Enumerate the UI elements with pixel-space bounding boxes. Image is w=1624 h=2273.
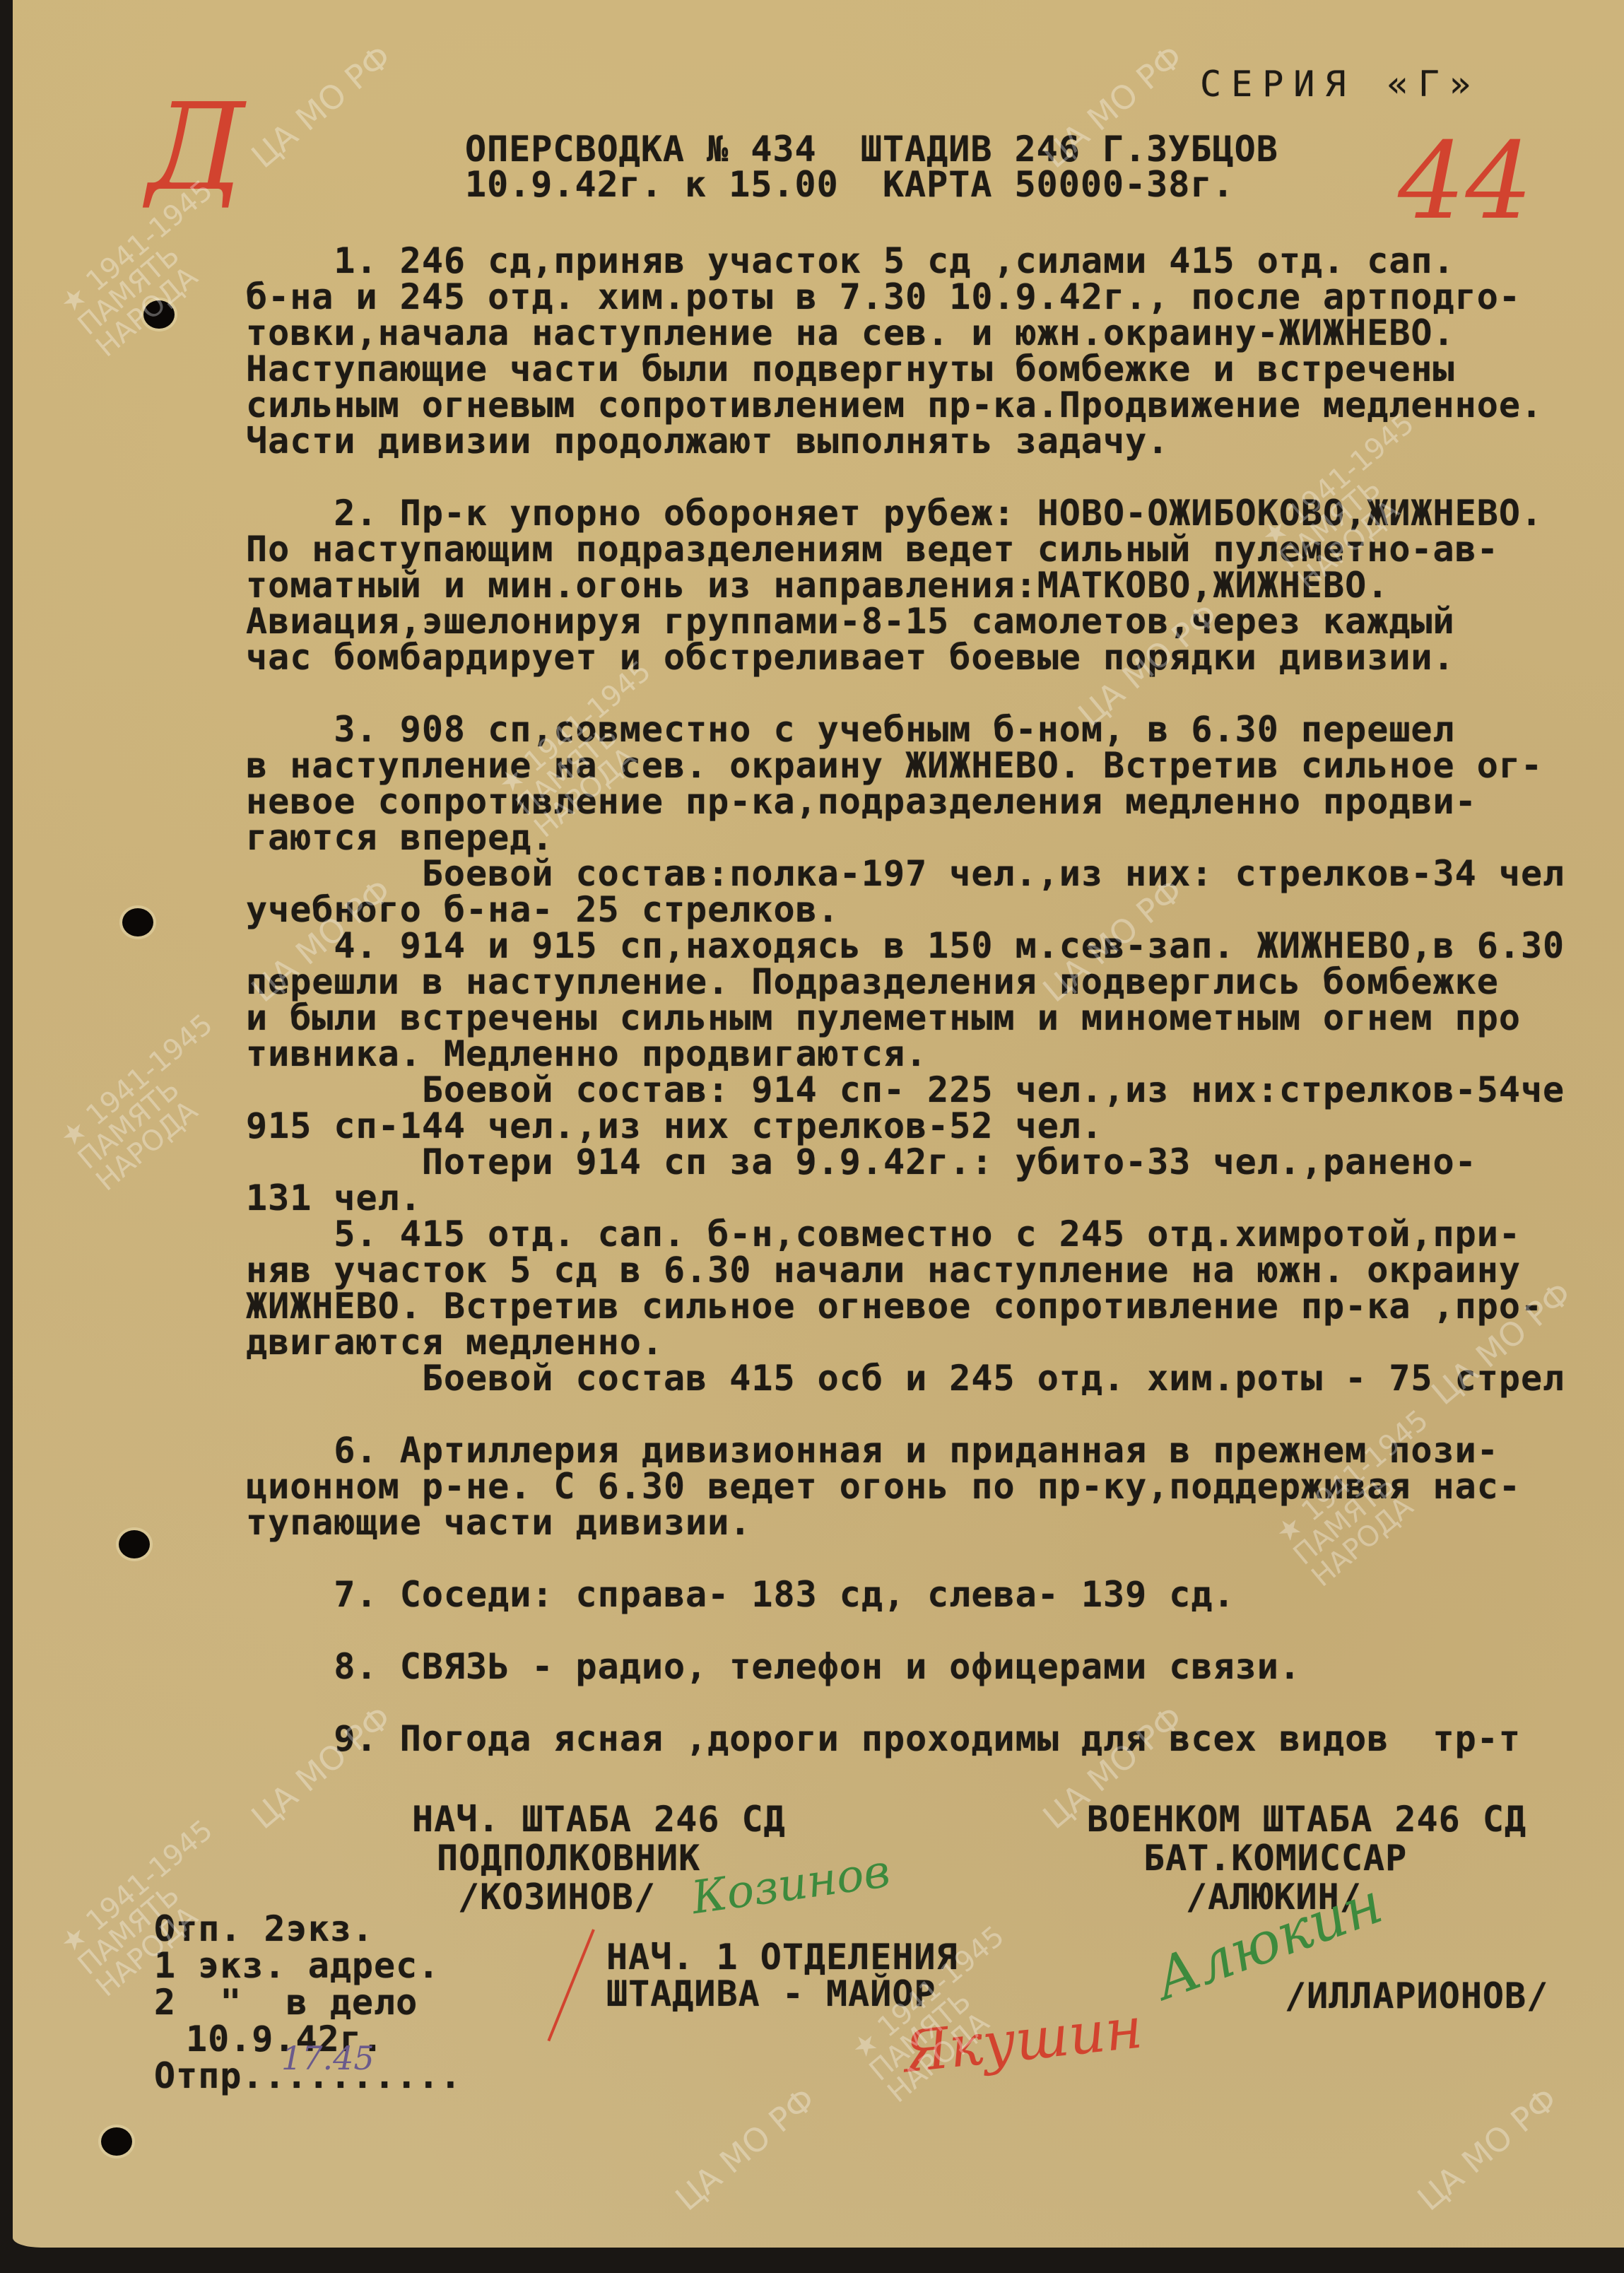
report-line: б-на и 245 отд. хим.роты в 7.30 10.9.42г…: [246, 276, 1624, 312]
report-line: [246, 1682, 1624, 1718]
report-line: [246, 673, 1624, 709]
report-line: гаются вперед.: [246, 817, 1624, 853]
center-signatory-title: НАЧ. 1 ОТДЕЛЕНИЯ: [606, 1937, 958, 1978]
report-line: томатный и мин.огонь из направления:МАТК…: [246, 565, 1624, 601]
report-line: няв участок 5 сд в 6.30 начали наступлен…: [246, 1250, 1624, 1286]
watermark-project: ★ 1941-1945 ПАМЯТЬ НАРОДА: [55, 1010, 254, 1196]
report-line: 131 чел.: [246, 1177, 1624, 1214]
report-date-line: 10.9.42г. к 15.00 КАРТА 50000-38г.: [465, 164, 1235, 205]
watermark-archive: ЦА МО РФ: [1412, 2082, 1563, 2216]
watermark-archive: ЦА МО РФ: [246, 40, 396, 173]
copy-2: 2 " в дело: [154, 1982, 418, 2023]
report-line: 7. Соседи: справа- 183 сд, слева- 139 сд…: [246, 1574, 1624, 1610]
series-label: СЕРИЯ «Г»: [1200, 64, 1481, 105]
left-signatory-title: НАЧ. ШТАБА 246 СД: [412, 1799, 786, 1840]
report-line: невое сопротивление пр-ка,подразделения …: [246, 781, 1624, 817]
report-line: и были встречены сильным пулеметным и ми…: [246, 997, 1624, 1033]
watermark-archive: ЦА МО РФ: [670, 2082, 820, 2216]
report-line: Потери 914 сп за 9.9.42г.: убито-33 чел.…: [246, 1141, 1624, 1177]
report-line: [246, 1538, 1624, 1574]
archive-number-red: 44: [1398, 120, 1533, 243]
document-page: Д СЕРИЯ «Г» 44 ОПЕРСВОДКА № 434 ШТАДИВ 2…: [13, 0, 1624, 2248]
left-signatory-rank: ПОДПОЛКОВНИК: [437, 1838, 700, 1879]
punch-hole: [119, 1530, 150, 1558]
report-line: сильным огневым сопротивлением пр-ка.Про…: [246, 384, 1624, 421]
copy-1: 1 экз. адрес.: [154, 1945, 440, 1986]
report-line: Наступающие части были подвергнуты бомбе…: [246, 348, 1624, 384]
report-line: 8. СВЯЗЬ - радио, телефон и офицерами св…: [246, 1646, 1624, 1682]
report-line: в наступление на сев. окраину ЖИЖНЕВО. В…: [246, 745, 1624, 781]
left-signatory-name: /КОЗИНОВ/: [458, 1876, 656, 1917]
report-line: перешли в наступление. Подразделения под…: [246, 961, 1624, 997]
report-line: товки,начала наступление на сев. и южн.о…: [246, 312, 1624, 348]
report-line: 5. 415 отд. сап. б-н,совместно с 245 отд…: [246, 1214, 1624, 1250]
report-line: 9. Погода ясная ,дороги проходимы для вс…: [246, 1718, 1624, 1754]
report-line: 1. 246 сд,приняв участок 5 сд ,силами 41…: [246, 240, 1624, 276]
left-signature: Козинов: [688, 1845, 893, 1925]
report-line: Боевой состав 415 осб и 245 отд. хим.рот…: [246, 1358, 1624, 1394]
report-line: ЖИЖНЕВО. Встретив сильное огневое сопрот…: [246, 1286, 1624, 1322]
report-line: учебного б-на- 25 стрелков.: [246, 889, 1624, 925]
report-line: тивника. Медленно продвигаются.: [246, 1033, 1624, 1069]
report-line: 3. 908 сп,совместно с учебным б-ном, в 6…: [246, 709, 1624, 745]
punch-hole: [122, 908, 153, 936]
report-line: По наступающим подразделениям ведет силь…: [246, 529, 1624, 565]
report-line: Боевой состав:полка-197 чел.,из них: стр…: [246, 853, 1624, 889]
report-line: час бомбардирует и обстреливает боевые п…: [246, 637, 1624, 673]
sent-time: 17.45: [281, 2039, 375, 2077]
report-line: Авиация,эшелонируя группами-8-15 самолет…: [246, 601, 1624, 637]
report-line: Боевой состав: 914 сп- 225 чел.,из них:с…: [246, 1069, 1624, 1105]
right-signatory-title: ВОЕНКОМ ШТАБА 246 СД: [1087, 1799, 1526, 1840]
red-pencil-stroke: [547, 1929, 594, 2041]
report-line: [246, 1610, 1624, 1646]
report-line: двигаются медленно.: [246, 1322, 1624, 1358]
center-signatory-name: /ИЛЛАРИОНОВ/: [1285, 1975, 1548, 2016]
report-line: 4. 914 и 915 сп,находясь в 150 м.сев-зап…: [246, 925, 1624, 961]
punch-hole: [101, 2127, 132, 2156]
report-line: 915 сп-144 чел.,из них стрелков-52 чел.: [246, 1105, 1624, 1141]
